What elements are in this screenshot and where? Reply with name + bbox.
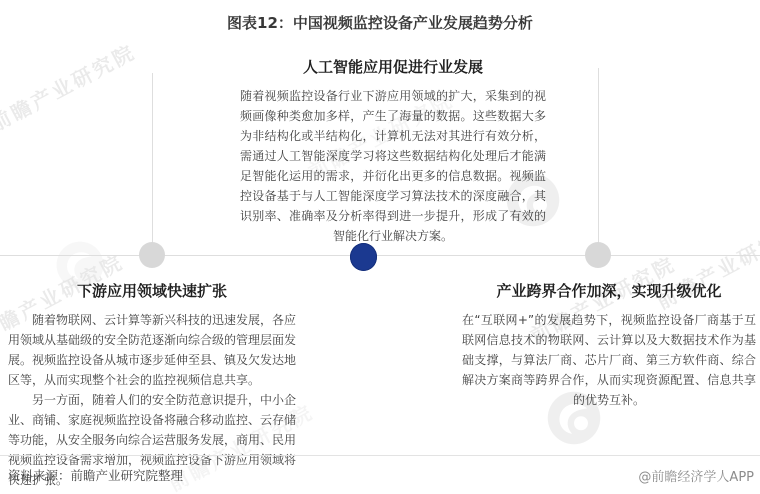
section-crossover-cooperation: 产业跨界合作加深，实现升级优化 在“互联网+”的发展趋势下，视频监控设备厂商基于…	[462, 280, 756, 410]
footer-source-text: 资料来源：前瞻产业研究院整理	[8, 466, 183, 484]
section-body-crossover: 在“互联网+”的发展趋势下，视频监控设备厂商基于互联网信息技术的物联网、云计算以…	[462, 310, 756, 410]
section-ai-development: 人工智能应用促进行业发展 随着视频监控设备行业下游应用领域的扩大，采集到的视频画…	[240, 56, 546, 246]
timeline-dot-left	[139, 242, 165, 268]
timeline-horizontal-line	[0, 255, 760, 256]
timeline-connector-left	[152, 73, 153, 255]
section-heading-ai: 人工智能应用促进行业发展	[240, 56, 546, 77]
footer-credit-text: @前瞻经济学人APP	[638, 466, 754, 485]
section-body-ai: 随着视频监控设备行业下游应用领域的扩大，采集到的视频画像种类愈加多样，产生了海量…	[240, 86, 546, 246]
section-downstream-expansion: 下游应用领域快速扩张 随着物联网、云计算等新兴科技的迅速发展，各应用领域从基础级…	[8, 280, 296, 490]
timeline-connector-right	[598, 68, 599, 255]
watermark-text: 前瞻产业研究院	[0, 36, 140, 137]
page-title: 图表12：中国视频监控设备产业发展趋势分析	[0, 12, 760, 33]
timeline-dot-center	[350, 243, 377, 271]
section-body-downstream-p1: 随着物联网、云计算等新兴科技的迅速发展，各应用领域从基础级的安全防范逐渐向综合级…	[8, 310, 296, 390]
section-heading-downstream: 下游应用领域快速扩张	[8, 280, 296, 301]
infographic-canvas: 前瞻产业研究院 前瞻产业研究院 前瞻产业研究院 前瞻产业研究院 前瞻产业研究院 …	[0, 0, 760, 494]
timeline-dot-right	[585, 242, 611, 268]
footer-divider	[0, 455, 760, 456]
section-heading-crossover: 产业跨界合作加深，实现升级优化	[462, 280, 756, 301]
